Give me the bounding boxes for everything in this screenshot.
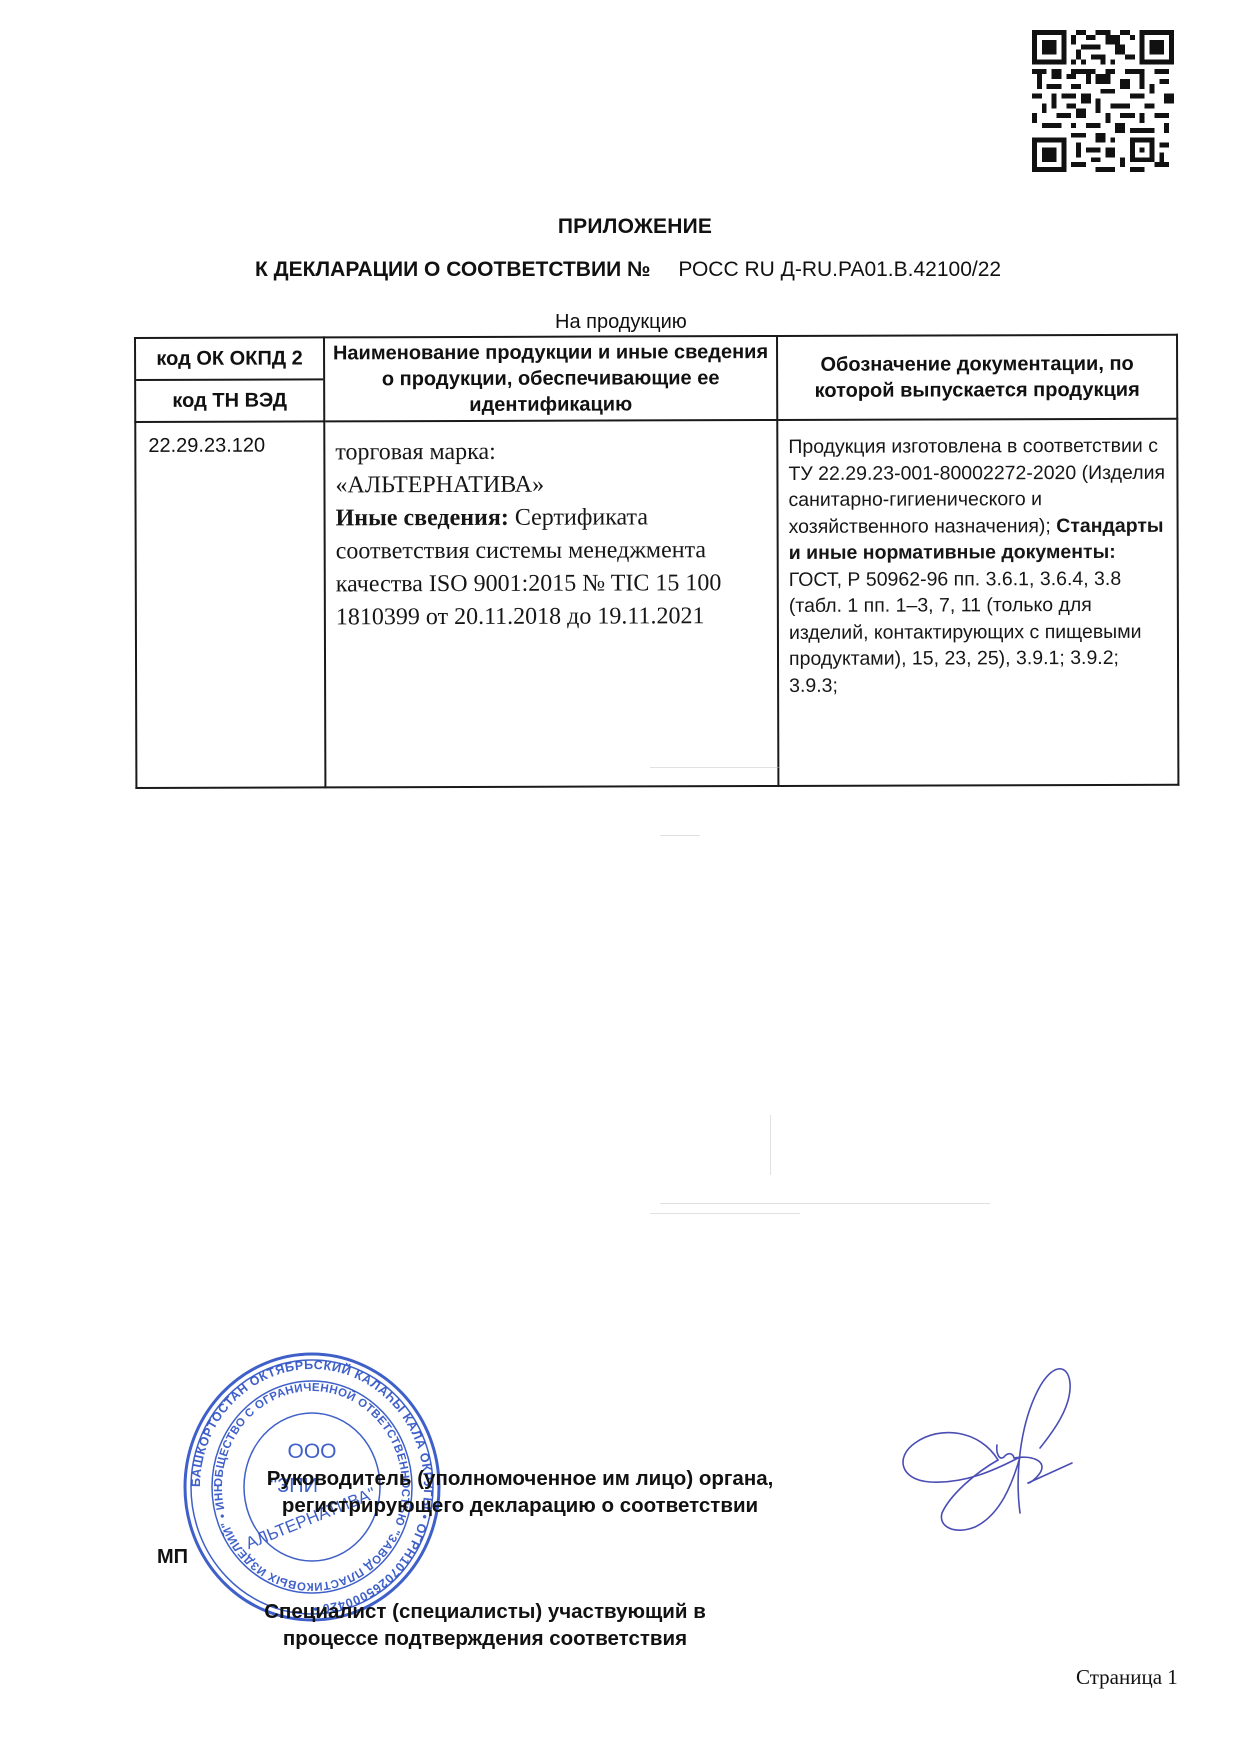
header-tnved: код ТН ВЭД	[136, 380, 323, 421]
head-signature-label: Руководитель (уполномоченное им лицо) ор…	[255, 1465, 785, 1519]
header-okpd2: код ОК ОКПД 2	[136, 338, 323, 381]
product-code: 22.29.23.120	[136, 422, 323, 458]
declaration-line: К ДЕКЛАРАЦИИ О СООТВЕТСТВИИ №РОСС RU Д-R…	[255, 258, 1001, 282]
document-subtitle: На продукцию	[555, 311, 687, 334]
declaration-table: код ОК ОКПД 2 код ТН ВЭД Наименование пр…	[134, 334, 1179, 789]
declaration-label: К ДЕКЛАРАЦИИ О СООТВЕТСТВИИ №	[255, 258, 650, 281]
trademark-value: «АЛЬТЕРНАТИВА»	[335, 472, 544, 499]
scan-artifact	[660, 835, 700, 836]
cell-code: 22.29.23.120	[135, 421, 325, 788]
other-info-label: Иные сведения:	[336, 505, 509, 532]
specialist-signature-label: Специалист (специалисты) участвующий в п…	[225, 1598, 745, 1652]
table-row: 22.29.23.120 торговая марка: «АЛЬТЕРНАТИ…	[135, 419, 1178, 788]
scan-artifact	[660, 1203, 990, 1204]
product-description: торговая марка: «АЛЬТЕРНАТИВА» Иные свед…	[325, 421, 777, 634]
scan-artifact	[770, 1115, 771, 1175]
standards-value: ГОСТ, Р 50962-96 пп. 3.6.1, 3.6.4, 3.8 (…	[789, 567, 1142, 696]
page-number: Страница 1	[1076, 1665, 1178, 1690]
declaration-number: РОСС RU Д-RU.PA01.B.42100/22	[678, 258, 1001, 281]
cell-product: торговая марка: «АЛЬТЕРНАТИВА» Иные свед…	[324, 420, 778, 787]
qr-code-icon	[1030, 30, 1176, 172]
header-product-name: Наименование продукции и иные сведения о…	[324, 336, 777, 421]
handwritten-signature-icon	[880, 1345, 1090, 1535]
document-title: ПРИЛОЖЕНИЕ	[0, 215, 1240, 239]
documentation-description: Продукция изготовлена в соответствии с Т…	[778, 420, 1177, 699]
scan-artifact	[650, 767, 780, 768]
header-codes: код ОК ОКПД 2 код ТН ВЭД	[135, 337, 324, 422]
seal-place-label: МП	[157, 1546, 188, 1569]
header-documentation: Обозначение документации, по которой вып…	[777, 335, 1177, 420]
trademark-label: торговая марка:	[335, 439, 496, 466]
scan-artifact	[650, 1213, 800, 1214]
stamp-center-line1: ООО	[287, 1440, 336, 1463]
product-table: код ОК ОКПД 2 код ТН ВЭД Наименование пр…	[134, 334, 1177, 789]
cell-documentation: Продукция изготовлена в соответствии с Т…	[777, 419, 1178, 786]
table-header-row: код ОК ОКПД 2 код ТН ВЭД Наименование пр…	[135, 335, 1177, 422]
